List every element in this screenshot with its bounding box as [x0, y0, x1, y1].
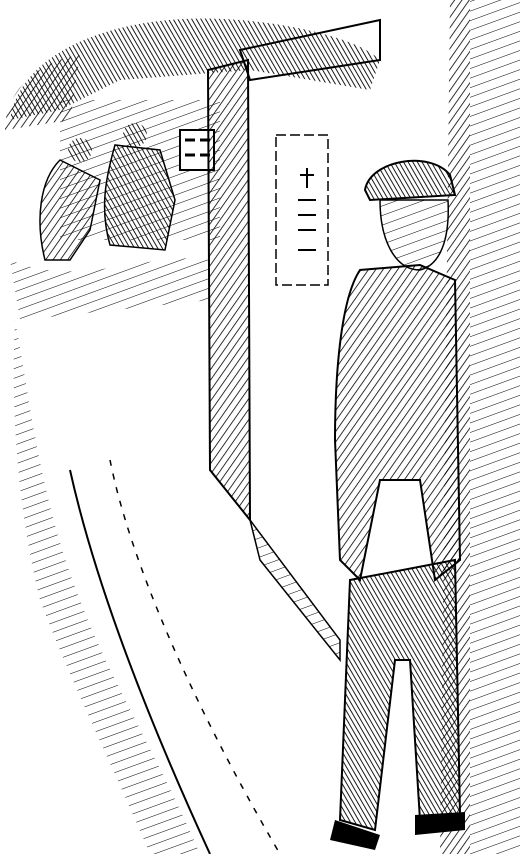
- face: [380, 200, 448, 270]
- trousers: [340, 560, 460, 830]
- ground-shadow: [10, 258, 210, 320]
- right-wall: [470, 0, 520, 854]
- alley-wall: [14, 320, 200, 854]
- boy-in-cap: [330, 161, 465, 850]
- wall-notice: [276, 135, 328, 285]
- illustration: [0, 0, 520, 854]
- cap: [365, 161, 455, 200]
- jacket: [335, 265, 460, 580]
